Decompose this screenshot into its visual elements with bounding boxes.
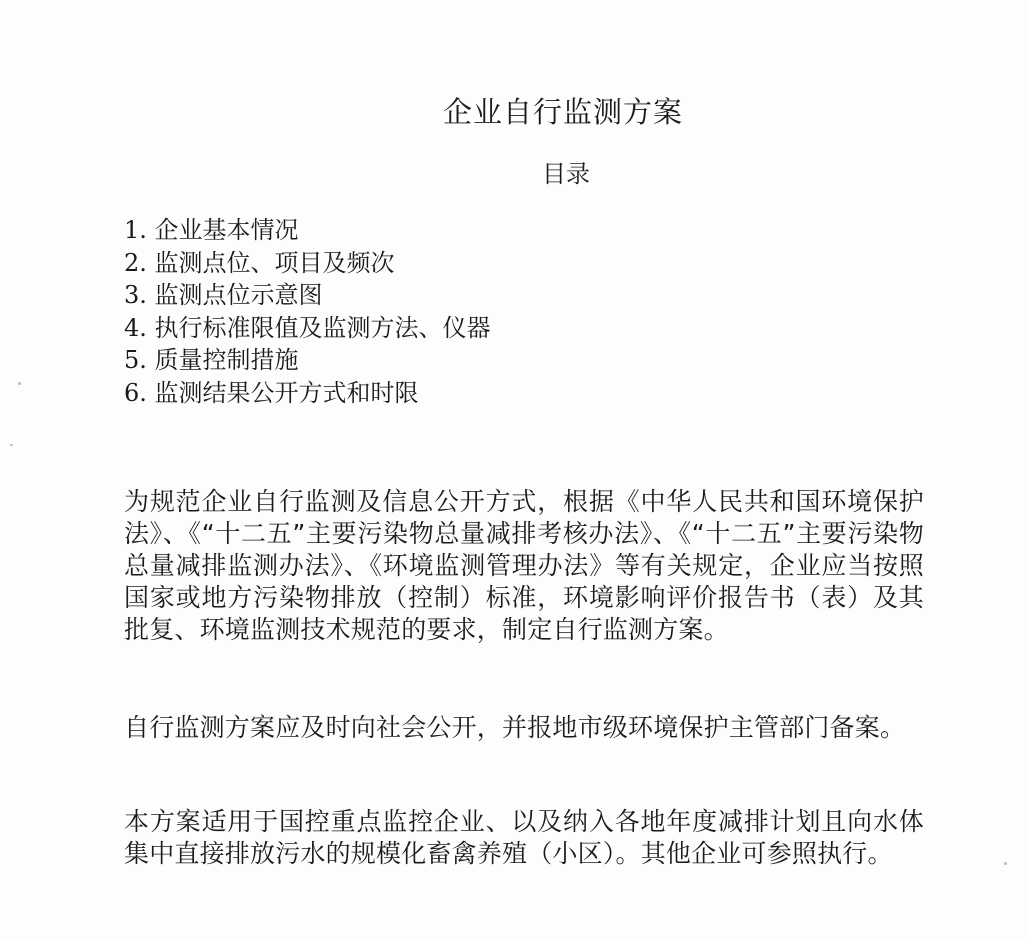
scan-speck: [10, 444, 13, 446]
table-of-contents: 1. 企业基本情况 2. 监测点位、项目及频次 3. 监测点位示意图 4. 执行…: [124, 214, 491, 409]
paragraph-scope: 本方案适用于国控重点监控企业、以及纳入各地年度减排计划且向水体集中直接排放污水的…: [124, 806, 924, 870]
toc-item: 1. 企业基本情况: [124, 214, 491, 247]
toc-item: 3. 监测点位示意图: [124, 279, 491, 312]
scan-speck: [18, 382, 21, 385]
toc-item: 2. 监测点位、项目及频次: [124, 247, 491, 280]
toc-item: 5. 质量控制措施: [124, 344, 491, 377]
document-title: 企业自行监测方案: [0, 90, 1029, 131]
toc-heading: 目录: [0, 154, 1029, 189]
toc-item: 4. 执行标准限值及监测方法、仪器: [124, 312, 491, 345]
scanned-document-page: 企业自行监测方案 目录 1. 企业基本情况 2. 监测点位、项目及频次 3. 监…: [0, 0, 1029, 940]
paragraph-purpose: 为规范企业自行监测及信息公开方式，根据《中华人民共和国环境保护法》、《“十二五”…: [124, 486, 924, 646]
paragraph-disclosure: 自行监测方案应及时向社会公开，并报地市级环境保护主管部门备案。: [124, 712, 924, 744]
scan-speck: [1004, 862, 1007, 865]
toc-item: 6. 监测结果公开方式和时限: [124, 377, 491, 410]
